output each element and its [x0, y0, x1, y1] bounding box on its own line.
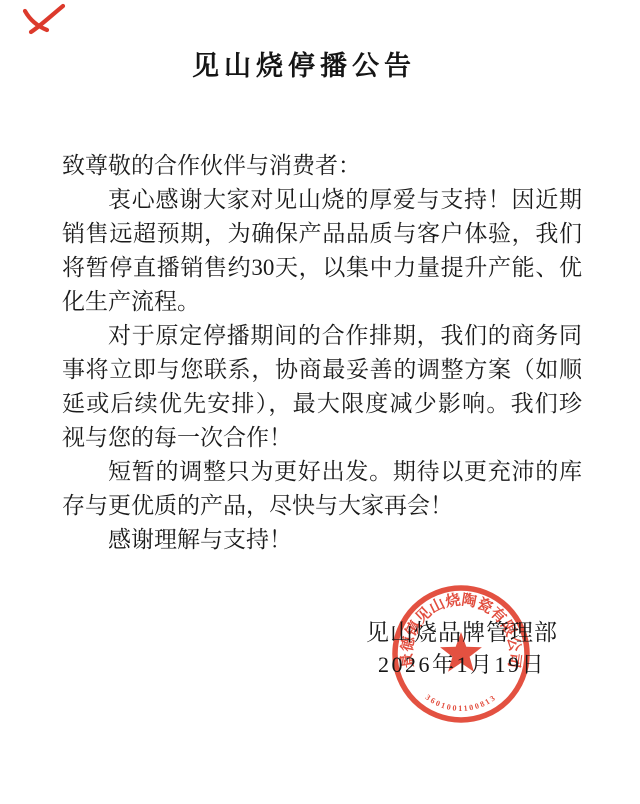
body-line: 化生产流程。 — [62, 285, 582, 319]
body-line: 衷心感谢大家对见山烧的厚爱与支持！因近期 — [62, 183, 582, 217]
body-line: 延或后续优先安排），最大限度减少影响。我们珍 — [62, 387, 582, 421]
announcement-body: 致尊敬的合作伙伴与消费者： 衷心感谢大家对见山烧的厚爱与支持！因近期 销售远超预… — [62, 149, 582, 557]
page-title: 见山烧停播公告 — [0, 44, 640, 83]
body-line: 事将立即与您联系，协商最妥善的调整方案（如顺 — [62, 353, 582, 387]
seal-serial-arc-text: 3601001100813 — [424, 693, 499, 713]
signature-department: 见山烧品牌管理部 — [366, 618, 558, 648]
red-check-mark-icon — [22, 3, 66, 35]
announcement-page: 见山烧停播公告 致尊敬的合作伙伴与消费者： 衷心感谢大家对见山烧的厚爱与支持！因… — [0, 0, 640, 804]
body-line: 销售远超预期，为确保产品品质与客户体验，我们 — [62, 217, 582, 251]
signature-date: 2026年1月19日 — [366, 648, 558, 681]
body-line-salutation: 致尊敬的合作伙伴与消费者： — [62, 149, 582, 183]
body-line: 短暂的调整只为更好出发。期待以更充沛的库 — [62, 455, 582, 489]
signature-block: 见山烧品牌管理部 2026年1月19日 — [366, 618, 558, 681]
body-line: 存与更优质的产品，尽快与大家再会！ — [62, 489, 582, 523]
body-line: 将暂停直播销售约30天，以集中力量提升产能、优 — [62, 251, 582, 285]
body-line: 视与您的每一次合作！ — [62, 421, 582, 455]
body-line-closing: 感谢理解与支持！ — [62, 523, 582, 557]
body-line: 对于原定停播期间的合作排期，我们的商务同 — [62, 319, 582, 353]
